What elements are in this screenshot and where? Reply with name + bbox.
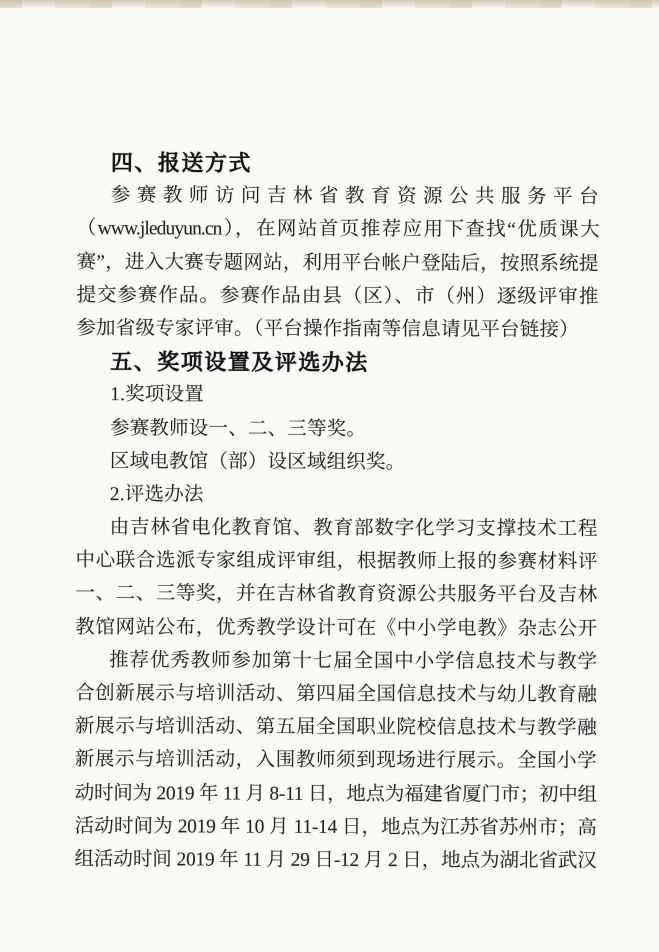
body-line: 参赛教师访问吉林省教育资源公共服务平台 [77,179,599,214]
body-line: 教馆网站公布，优秀教学设计可在《中小学电教》杂志公开发表。 [75,611,597,646]
body-line: 提交参赛作品。参赛作品由县（区）、市（州）逐级评审推荐后， [76,279,598,314]
body-line: 中心联合选派专家组成评审组，根据教师上报的参赛材料评选出 [75,544,597,579]
body-line: 一、二、三等奖，并在吉林省教育资源公共服务平台及吉林省电 [75,577,597,612]
scanned-document-page: 四、报送方式 参赛教师访问吉林省教育资源公共服务平台 （www.jleduyun… [0,0,659,952]
body-line: 参赛教师设一、二、三等奖。 [76,411,598,446]
body-line-high-school-schedule: 组活动时间 2019 年 11 月 29 日-12 月 2 日，地点为湖北省武汉 [74,843,596,878]
body-line: 新展示与培训活动，入围教师须到现场进行展示。全国小学组活 [75,743,597,778]
body-line: 赛”，进入大赛专题网站，利用平台帐户登陆后，按照系统提示 [77,246,599,281]
section-heading-submission-method: 四、报送方式 [77,146,599,181]
body-line: 由吉林省电化教育馆、教育部数字化学习支撑技术工程研究 [76,511,598,546]
subheading-selection-method: 2.评选办法 [76,478,598,513]
body-line-middle-school-schedule: 活动时间为 2019 年 10 月 11-14 日，地点为江苏省苏州市；高中 [75,810,597,845]
subheading-award-setup: 1.奖项设置 [76,378,598,413]
body-line: 区域电教馆（部）设区域组织奖。 [76,445,598,480]
body-line: 新展示与培训活动、第五届全国职业院校信息技术与教学融合创 [75,710,597,745]
body-line: 参加省级专家评审。（平台操作指南等信息请见平台链接） [76,312,598,347]
body-line-elementary-schedule: 动时间为 2019 年 11 月 8-11 日，地点为福建省厦门市；初中组 [75,777,597,812]
body-line-platform-url: （www.jleduyun.cn），在网站首页推荐应用下查找“优质课大 [77,212,599,247]
body-line: 推荐优秀教师参加第十七届全国中小学信息技术与教学融 [75,644,597,679]
body-line: 合创新展示与培训活动、第四届全国信息技术与幼儿教育融合创 [75,677,597,712]
document-text-block: 四、报送方式 参赛教师访问吉林省教育资源公共服务平台 （www.jleduyun… [74,146,599,878]
scan-top-edge-artifact [0,0,659,8]
section-heading-awards-and-selection: 五、奖项设置及评选办法 [76,345,598,380]
